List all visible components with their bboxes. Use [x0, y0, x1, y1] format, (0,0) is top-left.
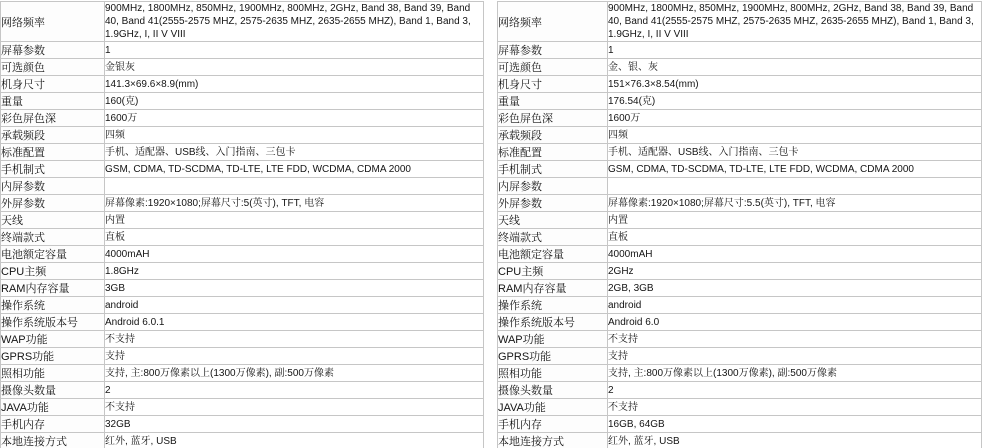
spec-label-cell: 电池额定容量	[1, 246, 105, 263]
spec-label-cell: 彩色屏色深	[498, 110, 608, 127]
spec-label-cell: RAM内存容量	[498, 280, 608, 297]
spec-label-cell: 外屏参数	[1, 195, 105, 212]
spec-value-cell: GSM, CDMA, TD-SCDMA, TD-LTE, LTE FDD, WC…	[105, 161, 484, 178]
spec-label-cell: CPU主频	[1, 263, 105, 280]
spec-label-cell: 内屏参数	[1, 178, 105, 195]
spec-label-cell: 本地连接方式	[1, 433, 105, 448]
spec-label-cell: 终端款式	[1, 229, 105, 246]
spec-row: RAM内存容量2GB, 3GB	[498, 280, 982, 297]
spec-value-cell	[608, 178, 982, 195]
spec-label-cell: 标准配置	[498, 144, 608, 161]
spec-row: 重量176.54(克)	[498, 93, 982, 110]
spec-label-cell: 重量	[1, 93, 105, 110]
spec-label-cell: WAP功能	[1, 331, 105, 348]
spec-row: 内屏参数	[498, 178, 982, 195]
spec-value-cell: 四频	[105, 127, 484, 144]
spec-value-cell: 支持, 主:800万像素以上(1300万像素), 副:500万像素	[105, 365, 484, 382]
spec-value-cell: 141.3×69.6×8.9(mm)	[105, 76, 484, 93]
spec-label-cell: 摄像头数量	[1, 382, 105, 399]
spec-row: 彩色屏色深1600万	[498, 110, 982, 127]
spec-row: 标准配置手机、适配器、USB线、入门指南、三包卡	[498, 144, 982, 161]
spec-row: 标准配置手机、适配器、USB线、入门指南、三包卡	[1, 144, 484, 161]
spec-value-cell: 内置	[608, 212, 982, 229]
spec-label-cell: 操作系统	[498, 297, 608, 314]
spec-value-cell: android	[608, 297, 982, 314]
spec-label-cell: 承载频段	[1, 127, 105, 144]
spec-label-cell: 网络频率	[498, 2, 608, 42]
spec-label-cell: 照相功能	[1, 365, 105, 382]
spec-row: 手机制式GSM, CDMA, TD-SCDMA, TD-LTE, LTE FDD…	[498, 161, 982, 178]
spec-value-cell: 4000mAH	[105, 246, 484, 263]
spec-value-cell: 不支持	[105, 399, 484, 416]
spec-value-cell: 支持	[608, 348, 982, 365]
spec-value-cell: Android 6.0	[608, 314, 982, 331]
spec-value-cell: 900MHz, 1800MHz, 850MHz, 1900MHz, 800MHz…	[105, 2, 484, 42]
spec-value-cell: 不支持	[608, 331, 982, 348]
spec-row: 网络频率900MHz, 1800MHz, 850MHz, 1900MHz, 80…	[1, 2, 484, 42]
spec-label-cell: 操作系统版本号	[498, 314, 608, 331]
spec-label-cell: 操作系统	[1, 297, 105, 314]
spec-row: WAP功能不支持	[1, 331, 484, 348]
spec-row: 机身尺寸141.3×69.6×8.9(mm)	[1, 76, 484, 93]
spec-row: GPRS功能支持	[498, 348, 982, 365]
spec-value-cell: 2GB, 3GB	[608, 280, 982, 297]
spec-label-cell: 天线	[1, 212, 105, 229]
spec-label-cell: CPU主频	[498, 263, 608, 280]
spec-row: 屏幕参数1	[1, 42, 484, 59]
spec-value-cell: 4000mAH	[608, 246, 982, 263]
spec-label-cell: 屏幕参数	[1, 42, 105, 59]
spec-label-cell: 操作系统版本号	[1, 314, 105, 331]
spec-label-cell: RAM内存容量	[1, 280, 105, 297]
spec-value-cell: 1.8GHz	[105, 263, 484, 280]
spec-value-cell: 四频	[608, 127, 982, 144]
spec-label-cell: 彩色屏色深	[1, 110, 105, 127]
spec-row: RAM内存容量3GB	[1, 280, 484, 297]
spec-label-cell: GPRS功能	[1, 348, 105, 365]
spec-row: 外屏参数屏幕像素:1920×1080;屏幕尺寸:5.5(英寸), TFT, 电容	[498, 195, 982, 212]
spec-row: 手机内存16GB, 64GB	[498, 416, 982, 433]
spec-label-cell: 手机制式	[1, 161, 105, 178]
spec-value-cell: 3GB	[105, 280, 484, 297]
spec-value-cell: 1600万	[608, 110, 982, 127]
spec-value-cell: 不支持	[105, 331, 484, 348]
spec-value-cell: 176.54(克)	[608, 93, 982, 110]
spec-value-cell: GSM, CDMA, TD-SCDMA, TD-LTE, LTE FDD, WC…	[608, 161, 982, 178]
spec-label-cell: 电池额定容量	[498, 246, 608, 263]
spec-value-cell: 32GB	[105, 416, 484, 433]
spec-row: 照相功能支持, 主:800万像素以上(1300万像素), 副:500万像素	[498, 365, 982, 382]
spec-value-cell: 手机、适配器、USB线、入门指南、三包卡	[608, 144, 982, 161]
spec-label-cell: GPRS功能	[498, 348, 608, 365]
spec-row: 终端款式直板	[498, 229, 982, 246]
spec-label-cell: 本地连接方式	[498, 433, 608, 448]
spec-comparison: 网络频率900MHz, 1800MHz, 850MHz, 1900MHz, 80…	[0, 0, 982, 448]
spec-value-cell: 金、银、灰	[608, 59, 982, 76]
spec-row: CPU主频2GHz	[498, 263, 982, 280]
spec-label-cell: 摄像头数量	[498, 382, 608, 399]
spec-row: 内屏参数	[1, 178, 484, 195]
spec-label-cell: 标准配置	[1, 144, 105, 161]
spec-row: 操作系统版本号Android 6.0.1	[1, 314, 484, 331]
spec-label-cell: 网络频率	[1, 2, 105, 42]
spec-value-cell: 900MHz, 1800MHz, 850MHz, 1900MHz, 800MHz…	[608, 2, 982, 42]
spec-row: 网络频率900MHz, 1800MHz, 850MHz, 1900MHz, 80…	[498, 2, 982, 42]
spec-value-cell: 红外, 蓝牙, USB	[608, 433, 982, 448]
spec-label-cell: 终端款式	[498, 229, 608, 246]
spec-value-cell: 151×76.3×8.54(mm)	[608, 76, 982, 93]
spec-row: 操作系统android	[1, 297, 484, 314]
spec-value-cell: 2	[608, 382, 982, 399]
spec-value-cell: 1600万	[105, 110, 484, 127]
spec-row: 可选颜色金、银、灰	[498, 59, 982, 76]
spec-row: 摄像头数量2	[498, 382, 982, 399]
spec-label-cell: 手机制式	[498, 161, 608, 178]
spec-value-cell: android	[105, 297, 484, 314]
spec-row: 可选颜色金银灰	[1, 59, 484, 76]
spec-row: 手机内存32GB	[1, 416, 484, 433]
spec-row: GPRS功能支持	[1, 348, 484, 365]
spec-value-cell: 屏幕像素:1920×1080;屏幕尺寸:5(英寸), TFT, 电容	[105, 195, 484, 212]
spec-value-cell: 金银灰	[105, 59, 484, 76]
spec-row: WAP功能不支持	[498, 331, 982, 348]
spec-value-cell: 支持	[105, 348, 484, 365]
spec-row: 操作系统版本号Android 6.0	[498, 314, 982, 331]
spec-value-cell	[105, 178, 484, 195]
spec-value-cell: 不支持	[608, 399, 982, 416]
spec-label-cell: 内屏参数	[498, 178, 608, 195]
spec-label-cell: 重量	[498, 93, 608, 110]
spec-row: 承载频段四频	[498, 127, 982, 144]
spec-label-cell: 手机内存	[498, 416, 608, 433]
spec-row: 屏幕参数1	[498, 42, 982, 59]
spec-value-cell: 红外, 蓝牙, USB	[105, 433, 484, 448]
spec-row: 本地连接方式红外, 蓝牙, USB	[1, 433, 484, 448]
spec-row: 电池额定容量4000mAH	[498, 246, 982, 263]
spec-row: JAVA功能不支持	[1, 399, 484, 416]
spec-label-cell: 屏幕参数	[498, 42, 608, 59]
spec-value-cell: 160(克)	[105, 93, 484, 110]
spec-label-cell: 可选颜色	[1, 59, 105, 76]
spec-row: JAVA功能不支持	[498, 399, 982, 416]
spec-table-phone-2: 网络频率900MHz, 1800MHz, 850MHz, 1900MHz, 80…	[497, 1, 982, 448]
spec-value-cell: 1	[105, 42, 484, 59]
spec-row: 操作系统android	[498, 297, 982, 314]
spec-value-cell: 16GB, 64GB	[608, 416, 982, 433]
spec-label-cell: 照相功能	[498, 365, 608, 382]
spec-row: 承载频段四频	[1, 127, 484, 144]
spec-value-cell: 支持, 主:800万像素以上(1300万像素), 副:500万像素	[608, 365, 982, 382]
spec-value-cell: 内置	[105, 212, 484, 229]
spec-label-cell: 机身尺寸	[1, 76, 105, 93]
spec-row: 终端款式直板	[1, 229, 484, 246]
spec-value-cell: 2	[105, 382, 484, 399]
spec-row: 手机制式GSM, CDMA, TD-SCDMA, TD-LTE, LTE FDD…	[1, 161, 484, 178]
spec-row: CPU主频1.8GHz	[1, 263, 484, 280]
spec-row: 天线内置	[1, 212, 484, 229]
spec-value-cell: 直板	[608, 229, 982, 246]
spec-table-phone-1: 网络频率900MHz, 1800MHz, 850MHz, 1900MHz, 80…	[0, 1, 484, 448]
spec-value-cell: 1	[608, 42, 982, 59]
spec-row: 重量160(克)	[1, 93, 484, 110]
spec-label-cell: JAVA功能	[1, 399, 105, 416]
spec-label-cell: 承载频段	[498, 127, 608, 144]
spec-label-cell: 天线	[498, 212, 608, 229]
spec-row: 外屏参数屏幕像素:1920×1080;屏幕尺寸:5(英寸), TFT, 电容	[1, 195, 484, 212]
spec-row: 天线内置	[498, 212, 982, 229]
spec-value-cell: 手机、适配器、USB线、入门指南、三包卡	[105, 144, 484, 161]
spec-value-cell: Android 6.0.1	[105, 314, 484, 331]
spec-value-cell: 2GHz	[608, 263, 982, 280]
spec-row: 本地连接方式红外, 蓝牙, USB	[498, 433, 982, 448]
spec-row: 机身尺寸151×76.3×8.54(mm)	[498, 76, 982, 93]
spec-label-cell: 外屏参数	[498, 195, 608, 212]
spec-row: 照相功能支持, 主:800万像素以上(1300万像素), 副:500万像素	[1, 365, 484, 382]
spec-label-cell: WAP功能	[498, 331, 608, 348]
spec-row: 彩色屏色深1600万	[1, 110, 484, 127]
spec-row: 摄像头数量2	[1, 382, 484, 399]
spec-value-cell: 直板	[105, 229, 484, 246]
spec-row: 电池额定容量4000mAH	[1, 246, 484, 263]
spec-label-cell: JAVA功能	[498, 399, 608, 416]
spec-label-cell: 手机内存	[1, 416, 105, 433]
spec-label-cell: 机身尺寸	[498, 76, 608, 93]
spec-value-cell: 屏幕像素:1920×1080;屏幕尺寸:5.5(英寸), TFT, 电容	[608, 195, 982, 212]
spec-label-cell: 可选颜色	[498, 59, 608, 76]
